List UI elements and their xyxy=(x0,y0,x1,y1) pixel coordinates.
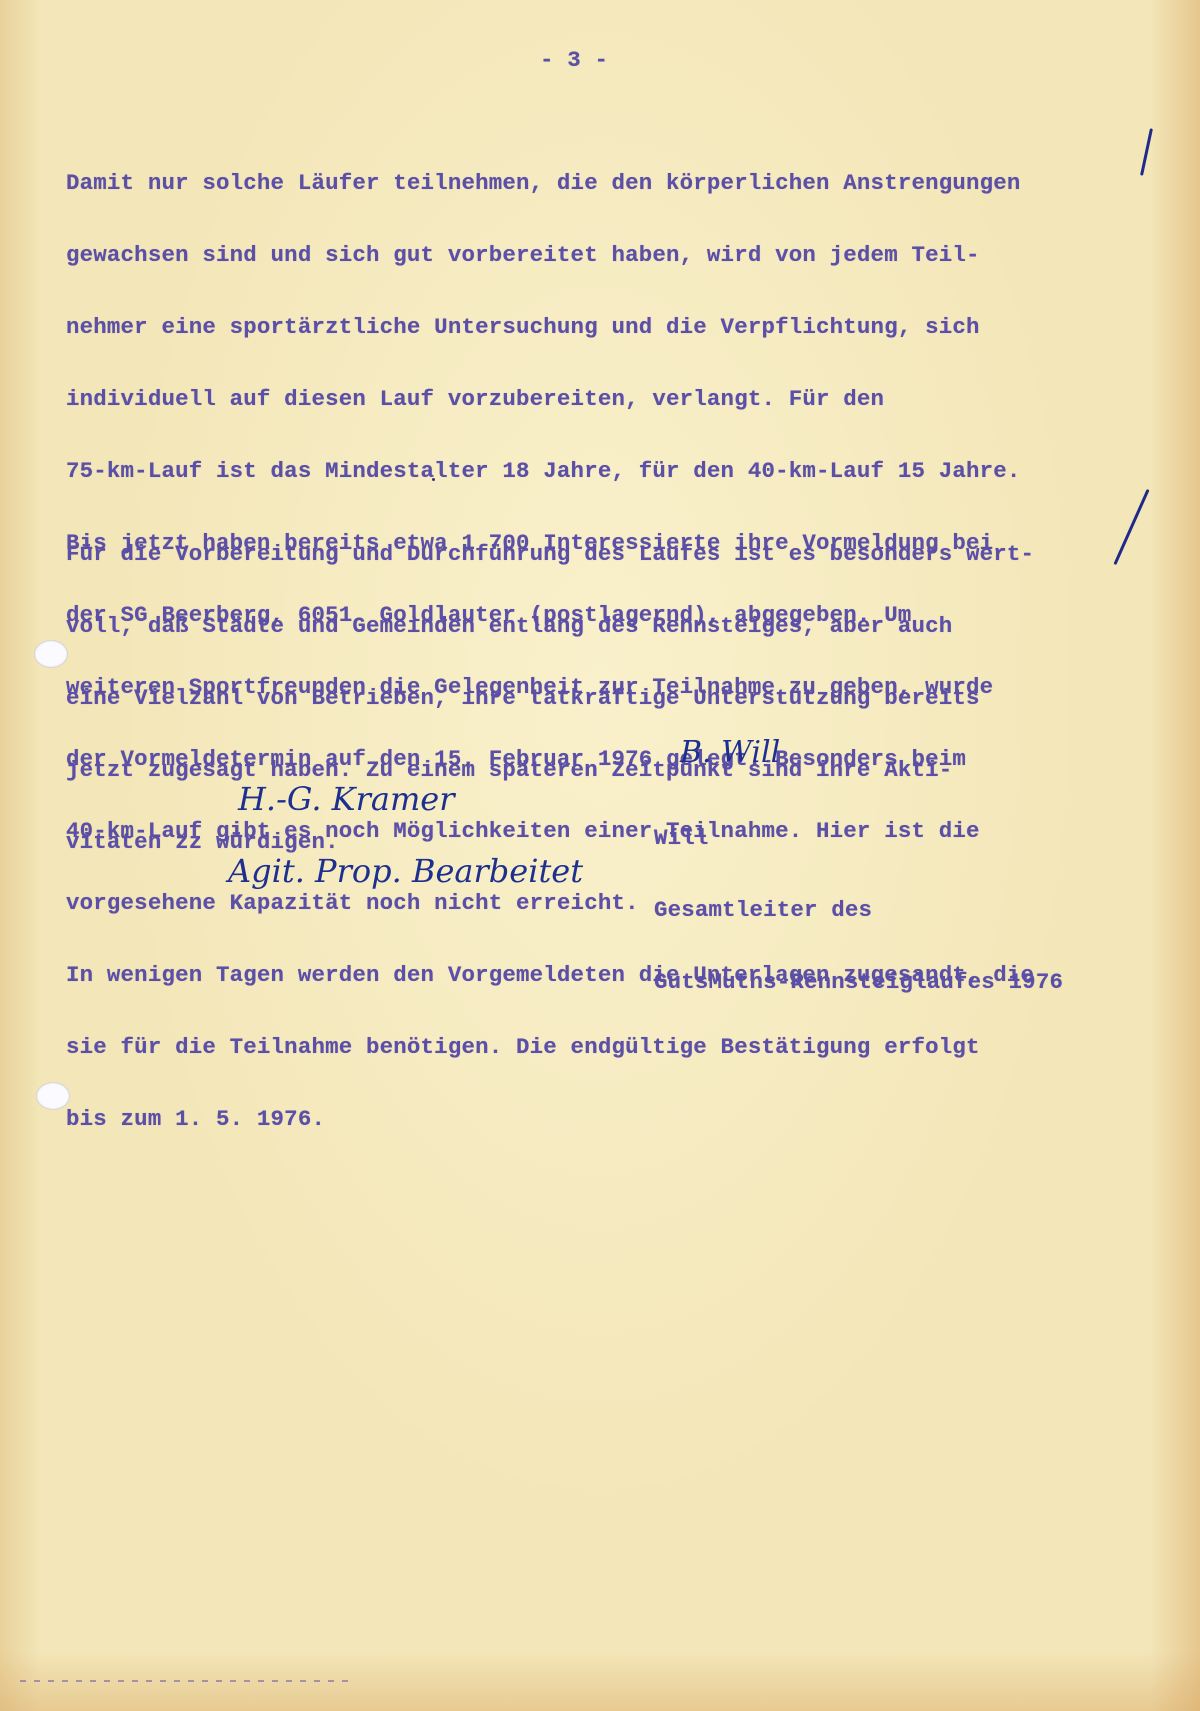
text-line: 75-km-Lauf ist das Mindestalter 18 Jahre… xyxy=(66,459,1034,483)
handwritten-signature-will: B. Will xyxy=(680,735,780,770)
signatory-name: Will xyxy=(654,826,1063,850)
signatory-title: Gesamtleiter des xyxy=(654,898,1063,922)
text-line: Für die Vorbereitung und Durchführung de… xyxy=(66,542,1034,566)
text-line: bis zum 1. 5. 1976. xyxy=(66,1107,1034,1131)
ink-speck xyxy=(432,478,435,481)
signatory-organization: GutsMuths-Rennsteiglaufes 1976 xyxy=(654,970,1063,994)
page-number: - 3 - xyxy=(540,48,608,72)
text-line: voll, daß Städte und Gemeinden entlang d… xyxy=(66,614,1034,638)
margin-check-mark xyxy=(1113,489,1149,565)
handwritten-note-agitprop: Agit. Prop. Bearbeitet xyxy=(228,852,583,890)
text-line: individuell auf diesen Lauf vorzubereite… xyxy=(66,387,1034,411)
handwritten-note-kramer: H.-G. Kramer xyxy=(238,780,455,818)
text-line: eine Vielzahl von Betrieben, ihre tatkrä… xyxy=(66,686,1034,710)
margin-check-mark xyxy=(1140,128,1153,176)
punch-hole xyxy=(34,640,68,668)
punch-hole xyxy=(36,1082,70,1110)
signature-block: Will Gesamtleiter des GutsMuths-Rennstei… xyxy=(654,778,1063,1042)
document-page: - 3 - Damit nur solche Läufer teilnehmen… xyxy=(0,0,1200,1711)
text-line: nehmer eine sportärztliche Untersuchung … xyxy=(66,315,1034,339)
faint-ribbon-marks xyxy=(20,1680,350,1682)
text-line: gewachsen sind und sich gut vorbereitet … xyxy=(66,243,1034,267)
text-line: Damit nur solche Läufer teilnehmen, die … xyxy=(66,171,1034,195)
